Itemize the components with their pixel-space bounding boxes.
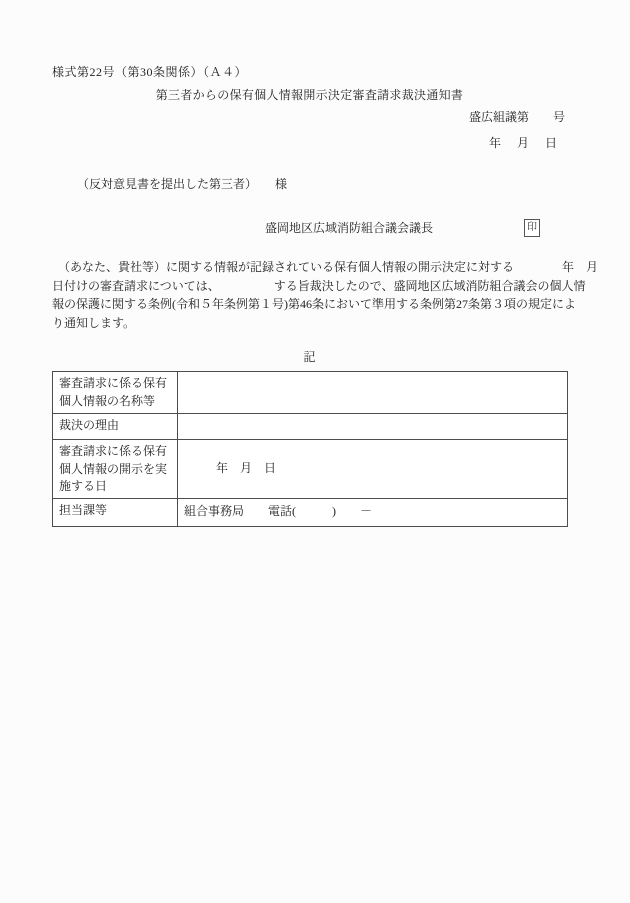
seal-stamp-placeholder: 印 — [524, 219, 540, 237]
table-row-personal-info-name: 審査請求に係る保有個人情報の名称等 — [53, 372, 568, 414]
document-page: 様式第22号（第30条関係）（Ａ４） 第三者からの保有個人情報開示決定審査請求裁… — [0, 0, 630, 903]
row-label: 担当課等 — [53, 498, 178, 526]
body-line: 報の保護に関する条例(令和５年条例第１号)第46条において準用する条例第27条第… — [52, 295, 567, 314]
row-label: 審査請求に係る保有個人情報の開示を実施する日 — [53, 440, 178, 499]
addressee-line: （反対意見書を提出した第三者） 様 — [52, 176, 567, 193]
document-title: 第三者からの保有個人情報開示決定審査請求裁決通知書 — [52, 87, 567, 104]
row-value — [178, 414, 568, 440]
body-line: り通知します。 — [52, 314, 567, 333]
body-line: 日付けの審査請求については、 する旨裁決したので、盛岡地区広域消防組合議会の個人… — [52, 277, 567, 296]
row-label: 裁決の理由 — [53, 414, 178, 440]
form-number-line: 様式第22号（第30条関係）（Ａ４） — [52, 64, 567, 81]
sender-name: 盛岡地区広域消防組合議会議長 — [265, 220, 433, 237]
table-row-department: 担当課等 組合事務局 電話( ) － — [53, 498, 568, 526]
row-label: 審査請求に係る保有個人情報の名称等 — [53, 372, 178, 414]
table-row-disclosure-date: 審査請求に係る保有個人情報の開示を実施する日 年 月 日 — [53, 440, 568, 499]
body-paragraph: （あなた、貴社等）に関する情報が記録されている保有個人情報の開示決定に対する 年… — [52, 258, 567, 332]
body-line: （あなた、貴社等）に関する情報が記録されている保有個人情報の開示決定に対する 年… — [52, 258, 567, 277]
sender-row: 盛岡地区広域消防組合議会議長 印 — [52, 220, 567, 237]
document-date: 年 月 日 — [52, 135, 567, 152]
document-content: 様式第22号（第30条関係）（Ａ４） 第三者からの保有個人情報開示決定審査請求裁… — [52, 64, 567, 527]
table-row-ruling-reason: 裁決の理由 — [53, 414, 568, 440]
document-reference-number: 盛広組議第 号 — [52, 109, 567, 126]
note-heading-ki: 記 — [52, 349, 567, 366]
row-value: 組合事務局 電話( ) － — [178, 498, 568, 526]
row-value — [178, 372, 568, 414]
row-value: 年 月 日 — [178, 440, 568, 499]
details-table: 審査請求に係る保有個人情報の名称等 裁決の理由 審査請求に係る保有個人情報の開示… — [52, 371, 568, 527]
